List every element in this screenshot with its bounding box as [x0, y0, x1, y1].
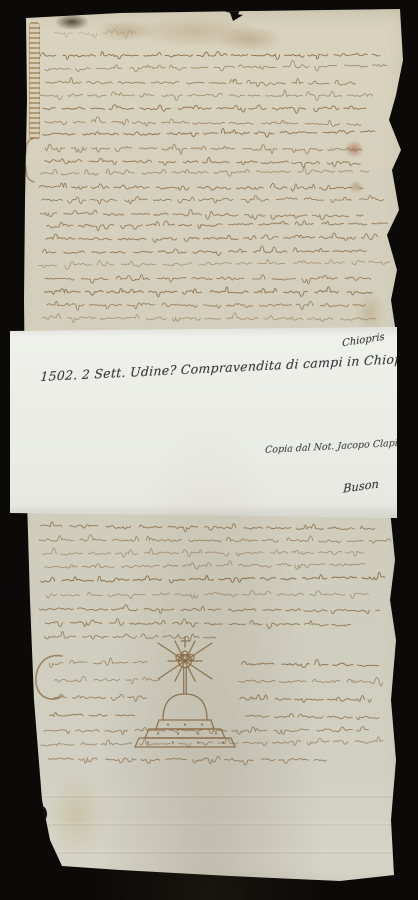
- archival-slip: Chiopris 1502. 2 Sett. Udine? Compravend…: [10, 327, 397, 518]
- upper-block-fragment: de chiopris: [0, 0, 1, 1]
- notary-fragment: notarius collegiatus Utini: [0, 0, 1, 1]
- notary-fragment: Ego Josephus Stephani: [0, 0, 1, 1]
- initial-letter-e: [28, 648, 70, 708]
- upper-block-fragment: In christi noie Amen Anno M.quingentesim…: [0, 0, 1, 1]
- slip-attribution: Copia dal Not. Jacopo Clapicio: [265, 437, 413, 456]
- notary-fragment: honorati viri Joannes: [0, 0, 1, 1]
- stain: [215, 26, 285, 52]
- slip-title: 1502. 2 Sett. Udine? Compravendita di ca…: [40, 350, 418, 384]
- stain: [348, 180, 364, 194]
- photo-stage: In christi noie Amen Anno M.quingentesim…: [0, 0, 418, 900]
- slip-signature: Buson: [343, 476, 379, 495]
- stain: [95, 20, 155, 42]
- parchment-fold-lines: [30, 770, 392, 880]
- parchment-tear: [224, 6, 244, 21]
- lower-block-fragment: et Perpetuam firmitatem: [0, 0, 1, 1]
- ink-blot-hole: [32, 805, 48, 823]
- ink-smear: [55, 14, 89, 30]
- stitched-edge-decoration: [29, 22, 40, 140]
- stain: [344, 140, 364, 158]
- stain: [48, 770, 108, 860]
- margin-brace-mark: [14, 136, 38, 184]
- slip-corner-note: Chiopris: [342, 332, 384, 350]
- notary-sign-drawing: [128, 634, 248, 754]
- notary-fragment: manu propria subscripsi, apposito signo: [0, 0, 1, 1]
- stain: [130, 16, 260, 48]
